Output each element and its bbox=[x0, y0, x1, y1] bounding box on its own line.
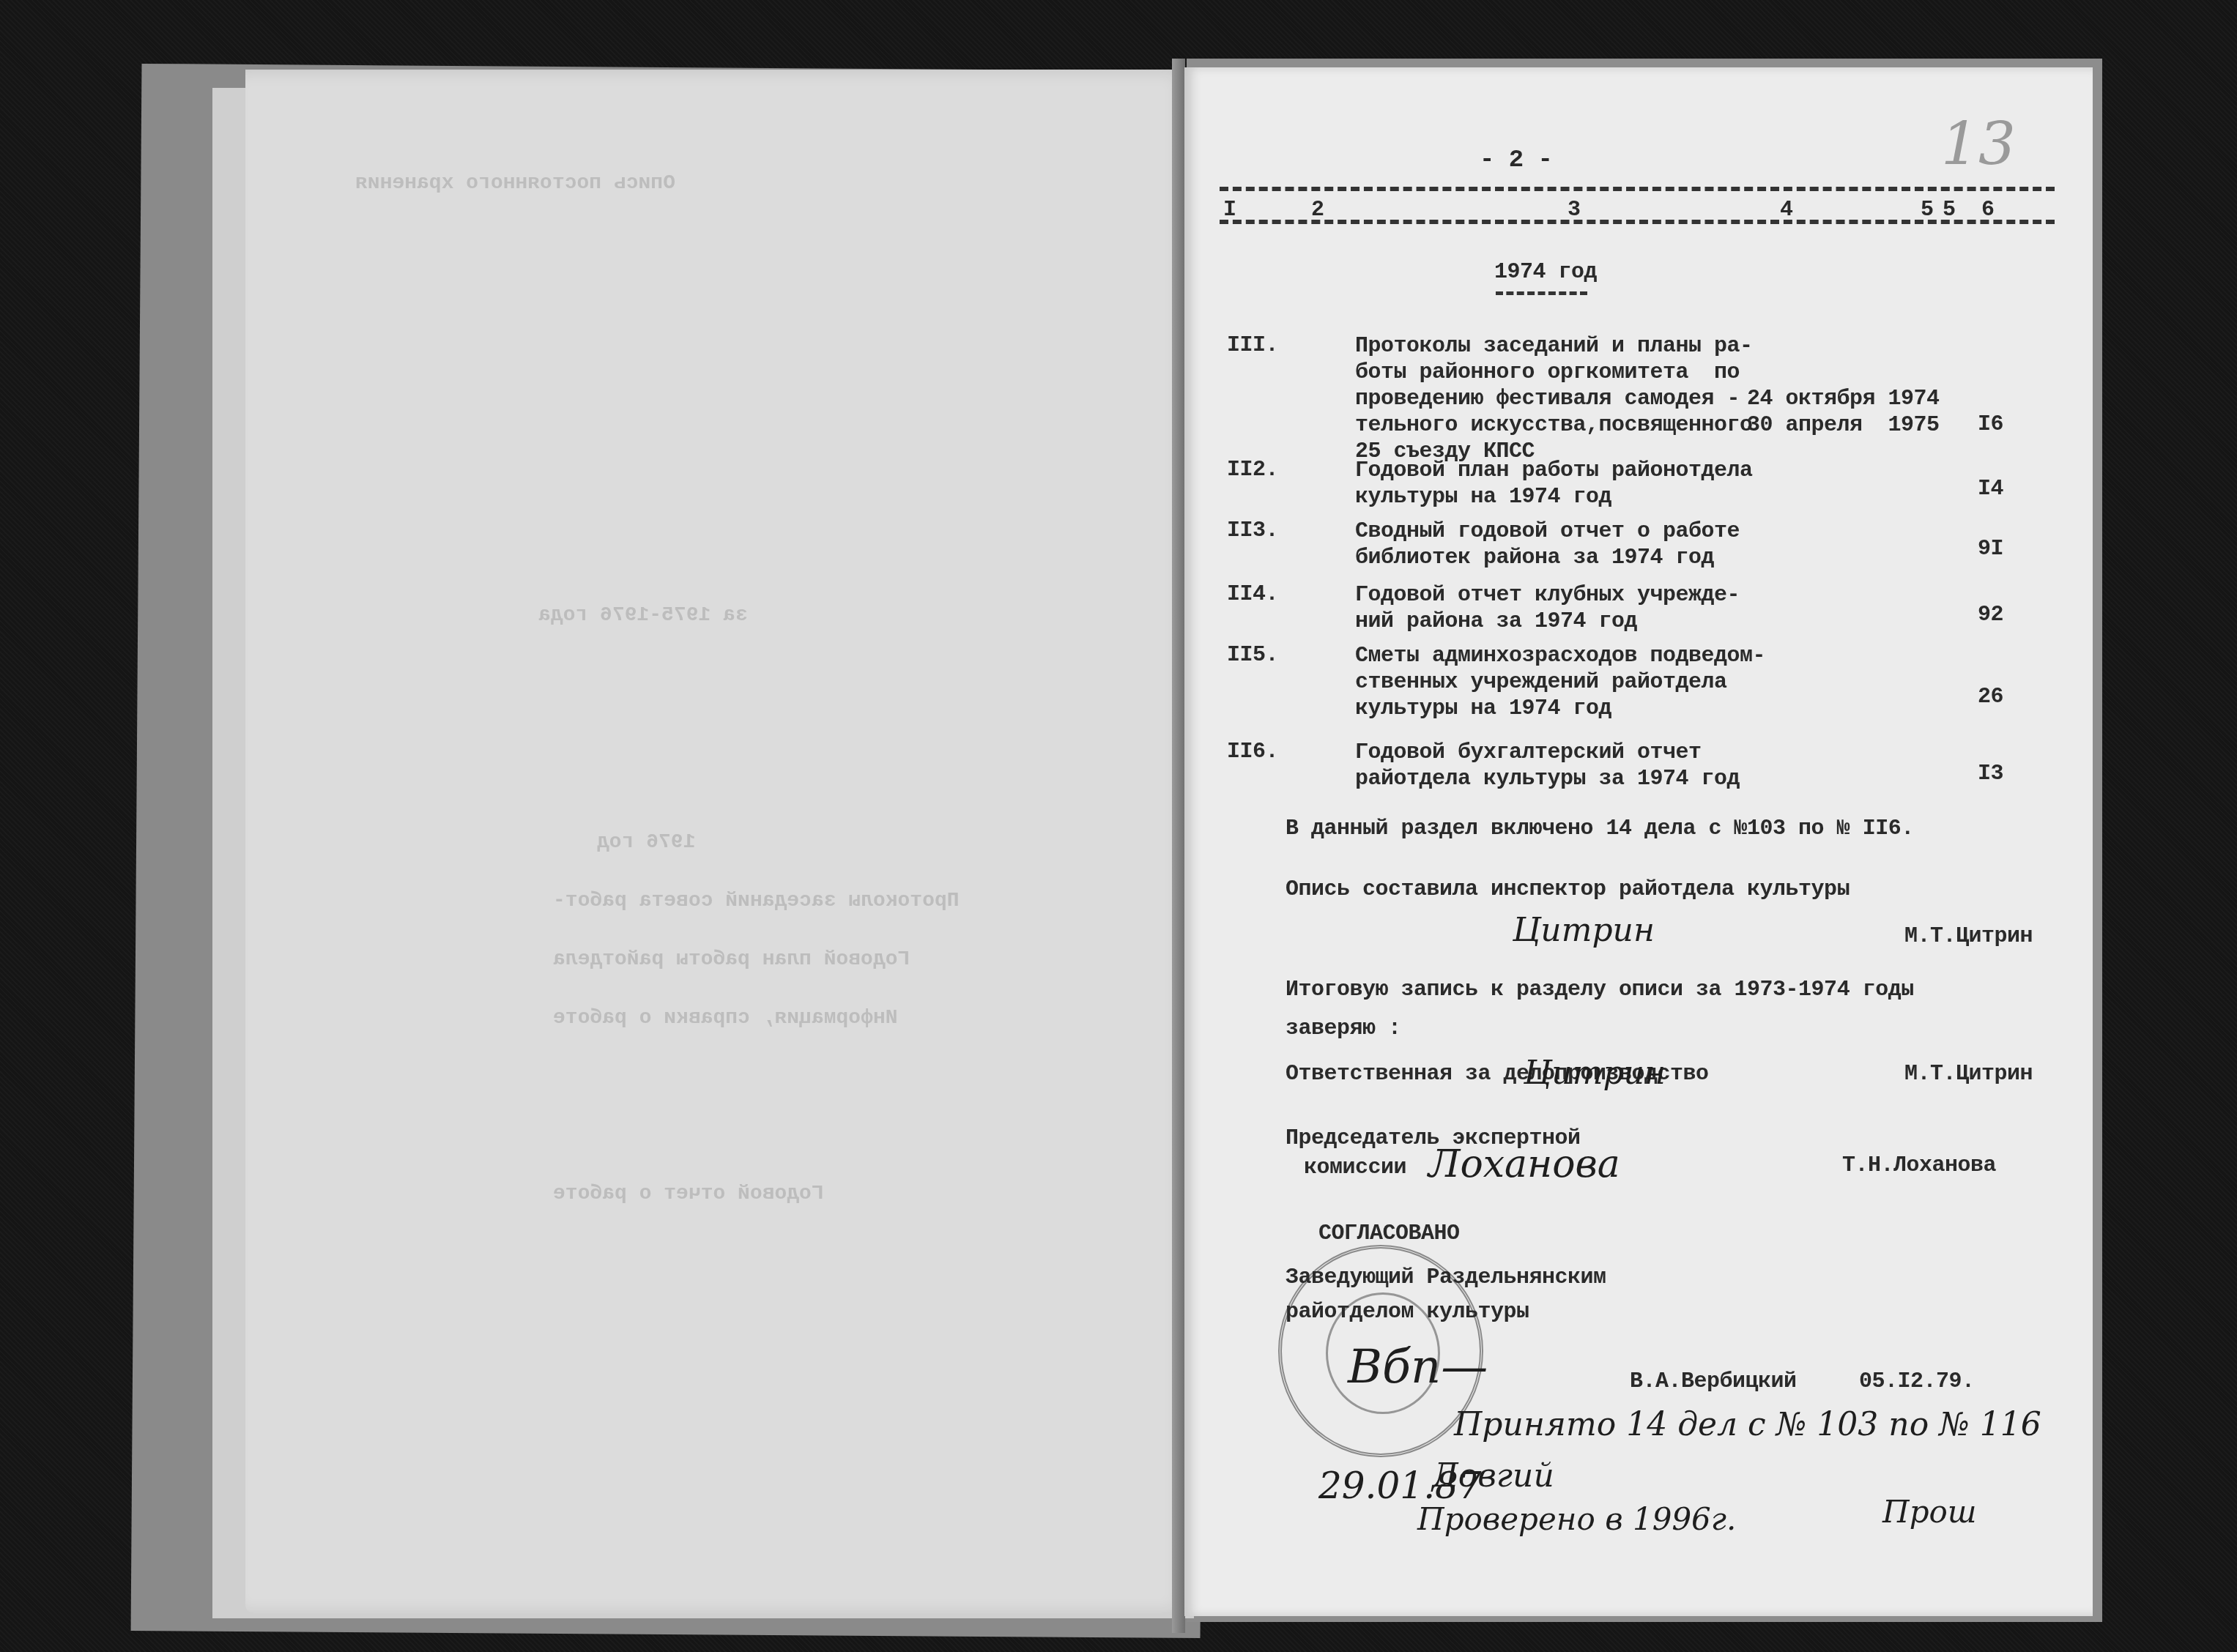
entry-dates: 24 октября 1974 30 апреля 1975 bbox=[1747, 386, 1940, 439]
ghost-line: 1976 год bbox=[597, 831, 695, 854]
ghost-line: Годовой отчет о работе bbox=[553, 1183, 824, 1205]
signature-citrin: Цитрин bbox=[1513, 912, 1655, 949]
signature-verbitsky: Вбп— bbox=[1348, 1340, 1488, 1394]
entry-title: Протоколы заседаний и планы ра- боты рай… bbox=[1355, 333, 1753, 465]
col-header-2: 2 bbox=[1311, 198, 1324, 223]
responsible-name: М.Т.Цитрин bbox=[1904, 1062, 2033, 1087]
entry-sheets: 92 bbox=[1978, 603, 2003, 628]
entry-number: II2. bbox=[1227, 458, 1278, 483]
handwritten-note-accepted: Принято 14 дел с № 103 по № 116 bbox=[1454, 1406, 2041, 1443]
handwritten-note-verified: Проверено в 1996г. bbox=[1417, 1501, 1736, 1537]
entry-number: II6. bbox=[1227, 740, 1278, 764]
entry-number: III. bbox=[1227, 333, 1278, 358]
entry-sheets: I6 bbox=[1978, 412, 2003, 437]
sheet-number-handwritten: 13 bbox=[1941, 110, 2016, 178]
header-rule-bottom bbox=[1220, 220, 2055, 224]
col-header-5b: 5 bbox=[1943, 198, 1956, 223]
approved-label: СОГЛАСОВАНО bbox=[1318, 1221, 1460, 1246]
head-name: В.А.Вербицкий bbox=[1630, 1369, 1797, 1394]
entry-sheets: I3 bbox=[1978, 762, 2003, 786]
left-page: Опись постоянного хранения за 1975-1976 … bbox=[245, 70, 1194, 1615]
signature-citrin-2: Цитрин bbox=[1524, 1054, 1666, 1092]
ghost-line: Опись постоянного хранения bbox=[355, 172, 675, 195]
summary-line: В данный раздел включено 14 дела с №103 … bbox=[1286, 816, 1914, 841]
col-header-3: 3 bbox=[1568, 198, 1581, 223]
entry-number: II3. bbox=[1227, 518, 1278, 543]
ghost-line: за 1975-1976 года bbox=[538, 604, 748, 627]
entry-title: Годовой план работы районотдела культуры… bbox=[1355, 458, 1753, 510]
handwritten-signature-2: Довгий bbox=[1432, 1457, 1554, 1495]
entry-title: Годовой бухгалтерский отчет райотдела ку… bbox=[1355, 740, 1740, 792]
header-rule-top bbox=[1220, 187, 2055, 191]
compiler-name: М.Т.Цитрин bbox=[1904, 924, 2033, 949]
col-header-6: 6 bbox=[1981, 198, 1995, 223]
book-gutter bbox=[1172, 59, 1185, 1633]
approval-date: 05.I2.79. bbox=[1859, 1369, 1975, 1394]
certification-line-1: Итоговую запись к разделу описи за 1973-… bbox=[1286, 978, 1914, 1002]
handwritten-signature-3: Прош bbox=[1882, 1494, 1977, 1530]
entry-title: Годовой отчет клубных учрежде- ний район… bbox=[1355, 582, 1740, 635]
page-number: - 2 - bbox=[1480, 146, 1553, 174]
ghost-line: Информация, справки о работе bbox=[553, 1007, 897, 1030]
entry-number: II4. bbox=[1227, 582, 1278, 607]
entry-sheets: 26 bbox=[1978, 685, 2003, 710]
col-header-5a: 5 bbox=[1921, 198, 1934, 223]
year-heading: 1974 год bbox=[1494, 260, 1597, 285]
entry-number: II5. bbox=[1227, 643, 1278, 668]
entry-title: Сметы админхозрасходов подведом- ственны… bbox=[1355, 643, 1765, 722]
entry-sheets: I4 bbox=[1978, 477, 2003, 502]
certification-line-2: заверяю : bbox=[1286, 1016, 1401, 1041]
head-label-1: Заведующий Раздельнянским bbox=[1286, 1265, 1606, 1290]
col-header-1: I bbox=[1223, 198, 1236, 223]
signature-lokhanova: Лоханова bbox=[1428, 1142, 1620, 1186]
col-header-4: 4 bbox=[1780, 198, 1793, 223]
head-label-2: райотделом культуры bbox=[1286, 1300, 1529, 1325]
compiled-by: Опись составила инспектор райотдела куль… bbox=[1286, 877, 1850, 902]
chair-label-2: комиссии bbox=[1304, 1156, 1406, 1180]
year-underline bbox=[1496, 291, 1587, 295]
chair-name: Т.Н.Лоханова bbox=[1842, 1153, 1996, 1178]
ghost-line: Протоколы заседаний совета работ- bbox=[553, 890, 960, 912]
ghost-line: Годовой план работы райотдела bbox=[553, 948, 910, 971]
entry-title: Сводный годовой отчет о работе библиотек… bbox=[1355, 518, 1740, 571]
entry-sheets: 9I bbox=[1978, 537, 2003, 562]
